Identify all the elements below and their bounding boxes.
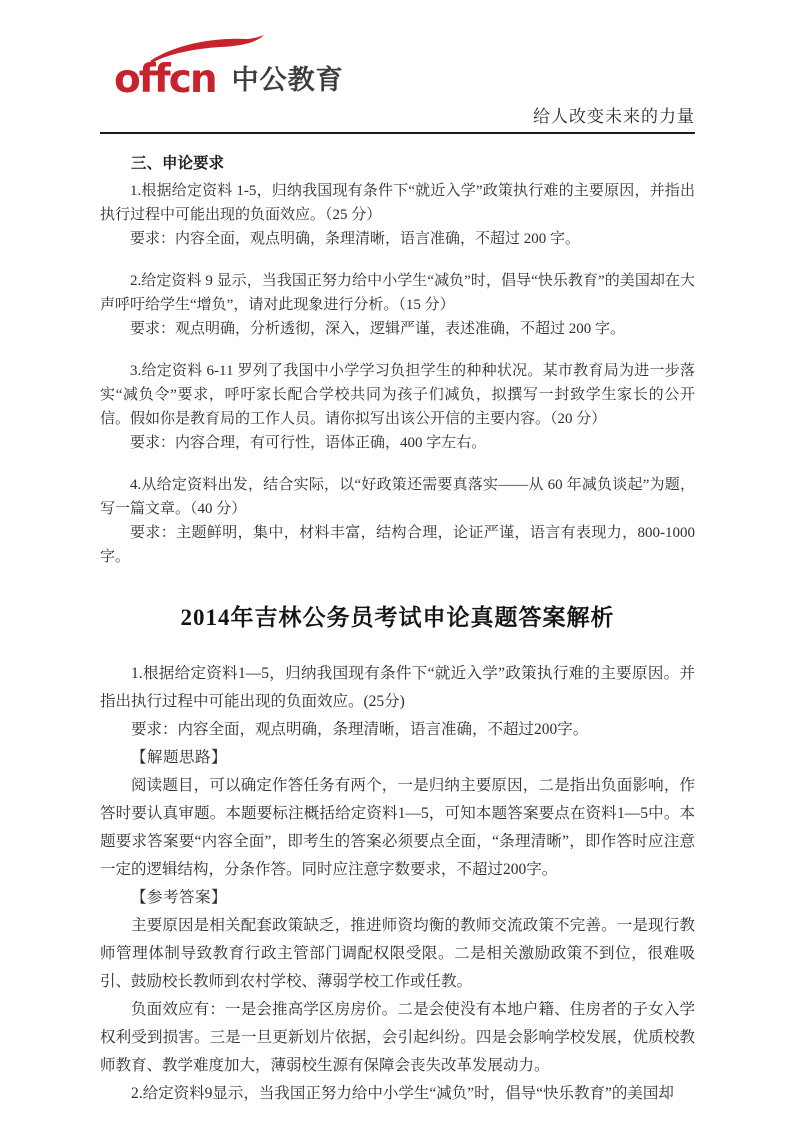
requirement-text: 要求：观点明确，分析透彻，深入，逻辑严谨，表述准确，不超过 200 字。 (100, 317, 695, 341)
header-divider (100, 132, 695, 134)
question-block-4: 4.从给定资料出发，结合实际，以“好政策还需要真落实——从 60 年减负谈起”为… (100, 473, 695, 569)
logo-row: offcn 中公教育 (100, 50, 695, 110)
question-block-2: 2.给定资料 9 显示，当我国正努力给中小学生“减负”时，倡导“快乐教育”的美国… (100, 269, 695, 341)
page-title: 2014年吉林公务员考试申论真题答案解析 (100, 599, 695, 632)
reference-answer-paragraph-2: 负面效应有：一是会推高学区房房价。二是会使没有本地户籍、住房者的子女入学权利受到… (100, 996, 695, 1080)
reference-answer-heading: 【参考答案】 (100, 884, 695, 912)
solution-idea-body: 阅读题目，可以确定作答任务有两个，一是归纳主要原因，二是指出负面影响，作答时要认… (100, 772, 695, 884)
requirement-text: 要求：主题鲜明，集中，材料丰富，结构合理，论证严谨，语言有表现力，800-100… (100, 521, 695, 569)
requirement-text: 要求：内容合理，有可行性，语体正确，400 字左右。 (100, 431, 695, 455)
restated-question: 1.根据给定资料1—5，归纳我国现有条件下“就近入学”政策执行难的主要原因。并指… (100, 660, 695, 716)
question-block-3: 3.给定资料 6-11 罗列了我国中小学学习负担学生的种种状况。某市教育局为进一… (100, 359, 695, 455)
essay-requirements-section: 三、申论要求 1.根据给定资料 1-5，归纳我国现有条件下“就近入学”政策执行难… (100, 152, 695, 569)
question-text: 3.给定资料 6-11 罗列了我国中小学学习负担学生的种种状况。某市教育局为进一… (100, 359, 695, 431)
page-header: offcn 中公教育 给人改变未来的力量 (100, 0, 695, 134)
question-text: 2.给定资料 9 显示，当我国正努力给中小学生“减负”时，倡导“快乐教育”的美国… (100, 269, 695, 317)
next-question-text: 2.给定资料9显示，当我国正努力给中小学生“减负”时，倡导“快乐教育”的美国却 (100, 1080, 695, 1108)
question-text: 1.根据给定资料 1-5，归纳我国现有条件下“就近入学”政策执行难的主要原因，并… (100, 179, 695, 227)
answer-analysis-section: 2014年吉林公务员考试申论真题答案解析 1.根据给定资料1—5，归纳我国现有条… (100, 599, 695, 1108)
requirement-text: 要求：内容全面，观点明确，条理清晰，语言准确，不超过 200 字。 (100, 227, 695, 251)
brand-chinese-name: 中公教育 (232, 65, 344, 96)
question-block-1: 1.根据给定资料 1-5，归纳我国现有条件下“就近入学”政策执行难的主要原因，并… (100, 179, 695, 251)
section-heading: 三、申论要求 (100, 152, 695, 175)
restated-requirement: 要求：内容全面，观点明确，条理清晰，语言准确，不超过200字。 (100, 716, 695, 744)
brand-wordmark: offcn (114, 57, 216, 102)
question-text: 4.从给定资料出发，结合实际，以“好政策还需要真落实——从 60 年减负谈起”为… (100, 473, 695, 521)
document-page: offcn 中公教育 给人改变未来的力量 三、申论要求 1.根据给定资料 1-5… (0, 0, 793, 1122)
solution-idea-heading: 【解题思路】 (100, 744, 695, 772)
offcn-logo: offcn 中公教育 (114, 50, 344, 110)
reference-answer-paragraph-1: 主要原因是相关配套政策缺乏，推进师资均衡的教师交流政策不完善。一是现行教师管理体… (100, 912, 695, 996)
